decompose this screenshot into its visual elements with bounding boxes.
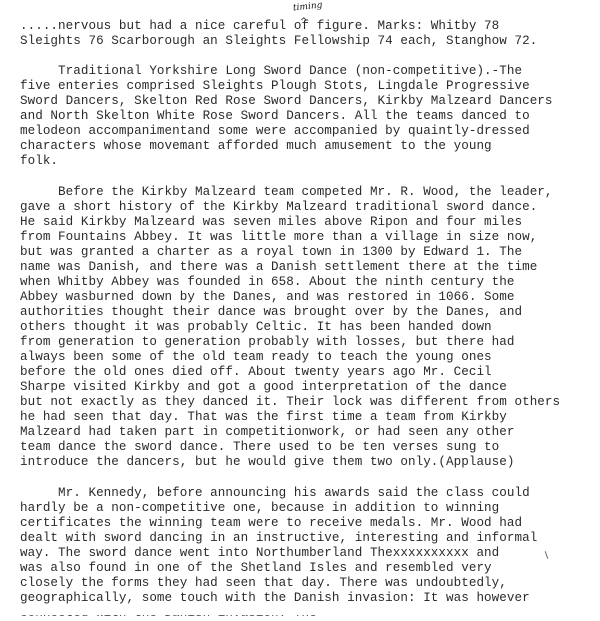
text-line: way. The sword dance went into Northumbe… <box>20 546 499 561</box>
text-line: dealt with sword dancing in an instructi… <box>20 531 537 546</box>
text-line: five enteries comprised Sleights Plough … <box>20 79 530 94</box>
text-line: geographically, some touch with the Dani… <box>20 591 530 606</box>
text-line: Mr. Kennedy, before announcing his award… <box>20 486 530 501</box>
text-line: .....nervous but had a nice careful of f… <box>20 19 499 34</box>
text-line: from Fountains Abbey. It was little more… <box>20 230 537 245</box>
text-line: Sleights 76 Scarborough an Sleights Fell… <box>20 34 537 49</box>
text-line: always been some of the old team ready t… <box>20 350 492 365</box>
text-line: but not exactly as they danced it. Their… <box>20 395 560 410</box>
text-line: folk. <box>20 154 58 169</box>
text-line: name was Danish, and there was a Danish … <box>20 260 537 275</box>
text-line: certificates the winning team were to re… <box>20 516 522 531</box>
text-line-cutoff: connected with the Danish invasion. The <box>20 615 317 621</box>
text-line: others thought it was probably Celtic. I… <box>20 320 492 335</box>
text-line: Sword Dancers, Skelton Red Rose Sword Da… <box>20 94 553 109</box>
text-line: Before the Kirkby Malzeard team competed… <box>20 185 553 200</box>
text-line: team dance the sword dance. There used t… <box>20 440 499 455</box>
text-line: Traditional Yorkshire Long Sword Dance (… <box>20 64 522 79</box>
text-line: authorities thought their dance was brou… <box>20 305 522 320</box>
text-line: Abbey wasburned down by the Danes, and w… <box>20 290 515 305</box>
typewritten-page: timing ^ .....nervous but had a nice car… <box>0 0 600 621</box>
text-line: characters whose movemant afforded much … <box>20 139 492 154</box>
text-line: gave a short history of the Kirkby Malze… <box>20 200 537 215</box>
handwritten-insertion: timing <box>293 0 323 13</box>
text-line: but was granted a charter as a royal tow… <box>20 245 522 260</box>
text-line: melodeon accompanimentand some were acco… <box>20 124 530 139</box>
text-line: Malzeard had taken part in competitionwo… <box>20 425 515 440</box>
text-line: He said Kirkby Malzeard was seven miles … <box>20 215 522 230</box>
text-line: when Whitby Abbey was founded in 658. Ab… <box>20 275 515 290</box>
text-line: closely the forms they had seen that day… <box>20 576 507 591</box>
text-line: before the old ones died off. About twen… <box>20 365 492 380</box>
text-line: he had seen that day. That was the first… <box>20 410 507 425</box>
text-line: and North Skelton White Rose Sword Dance… <box>20 109 530 124</box>
text-line: hardly be a non-competitive one, because… <box>20 501 499 516</box>
text-line: was also found in one of the Shetland Is… <box>20 561 492 576</box>
text-line: introduce the dancers, but he would give… <box>20 455 515 470</box>
cutoff-line-region: connected with the Danish invasion. The <box>20 615 580 621</box>
text-line: from generation to generation probably w… <box>20 335 515 350</box>
pen-mark <box>545 551 549 559</box>
text-line: Sharpe visited Kirkby and got a good int… <box>20 380 507 395</box>
